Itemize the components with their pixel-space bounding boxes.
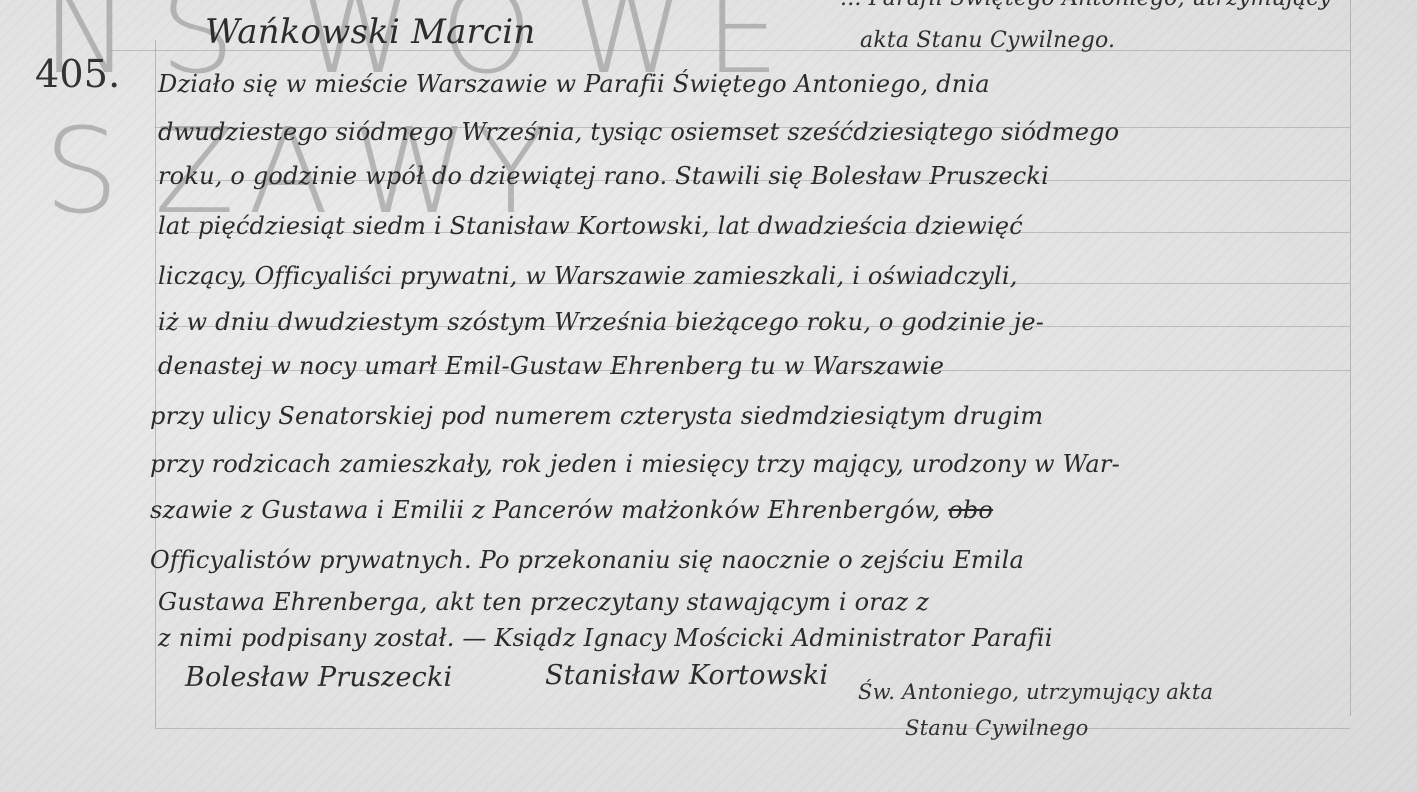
entry-line-5: liczący, Officyaliści prywatni, w Warsza… bbox=[158, 262, 1018, 290]
entry-line-13: z nimi podpisany został. — Ksiądz Ignacy… bbox=[158, 624, 1053, 652]
entry-line-11: Officyalistów prywatnych. Po przekonaniu… bbox=[150, 546, 1024, 574]
left-margin-rule bbox=[155, 40, 156, 728]
administrator-line-2: Św. Antoniego, utrzymujący akta bbox=[858, 680, 1213, 704]
witness-signature-2: Stanisław Kortowski bbox=[545, 660, 828, 691]
entry-line-6: iż w dniu dwudziestym szóstym Września b… bbox=[158, 308, 1044, 336]
entry-line-8: przy ulicy Senatorskiej pod numerem czte… bbox=[150, 402, 1043, 430]
entry-line-2: dwudziestego siódmego Września, tysiąc o… bbox=[158, 118, 1119, 146]
right-margin-rule bbox=[1350, 0, 1351, 716]
top-right-note-line1: ... Parafii Świętego Antoniego, utrzymuj… bbox=[840, 0, 1331, 11]
watermark-letter-s2: S bbox=[44, 112, 119, 230]
witness-signature-1: Bolesław Pruszecki bbox=[185, 662, 452, 693]
entry-line-9: przy rodzicach zamieszkały, rok jeden i … bbox=[150, 450, 1120, 478]
entry-line-7: denastej w nocy umarł Emil-Gustaw Ehrenb… bbox=[158, 352, 944, 380]
record-name-heading: Wańkowski Marcin bbox=[205, 12, 535, 52]
entry-line-3: roku, o godzinie wpół do dziewiątej rano… bbox=[158, 162, 1049, 190]
entry-line-1: Działo się w mieście Warszawie w Parafii… bbox=[158, 70, 990, 98]
top-right-note-line2: akta Stanu Cywilnego. bbox=[860, 28, 1115, 53]
bottom-frame-rule bbox=[155, 728, 1350, 729]
entry-line-4: lat pięćdziesiąt siedm i Stanisław Korto… bbox=[158, 212, 1023, 240]
struck-word: obo bbox=[948, 496, 993, 524]
entry-number: 405. bbox=[35, 52, 120, 96]
entry-line-12: Gustawa Ehrenberga, akt ten przeczytany … bbox=[158, 588, 929, 616]
entry-line-10: szawie z Gustawa i Emilii z Pancerów mał… bbox=[150, 496, 993, 524]
administrator-line-3: Stanu Cywilnego bbox=[905, 716, 1088, 740]
